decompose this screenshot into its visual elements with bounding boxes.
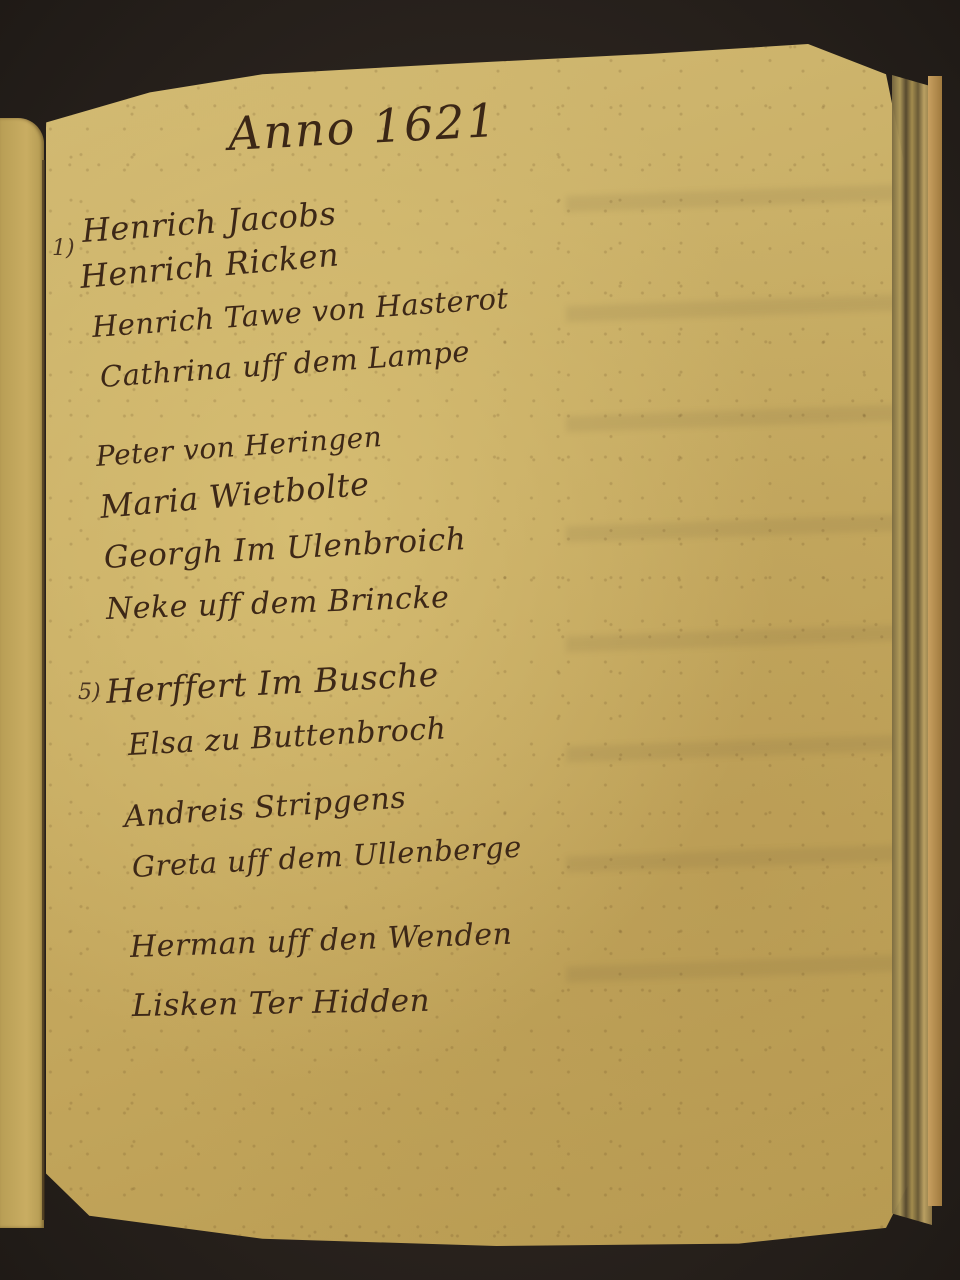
entry-number-marker: 1) — [52, 236, 75, 261]
binding-gutter — [42, 160, 45, 1220]
ink-bleed-through — [566, 138, 906, 1038]
book-cover-edge — [928, 76, 942, 1206]
left-facing-page — [0, 118, 44, 1228]
stacked-page-edges — [892, 75, 932, 1225]
entry-number-marker: 5) — [78, 680, 101, 705]
register-entry: Lisken Ter Hidden — [132, 983, 431, 1024]
